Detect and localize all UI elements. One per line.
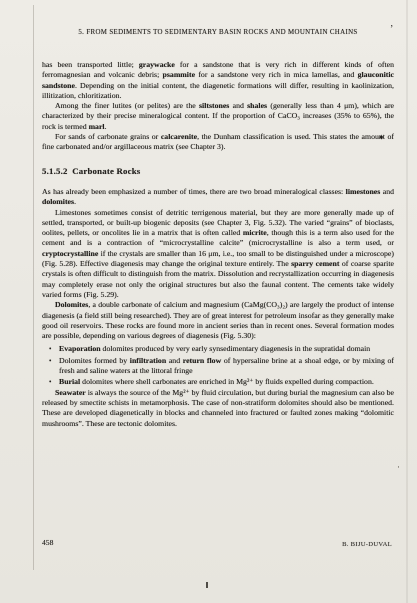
- paragraph: has been transported little; graywacke f…: [42, 60, 394, 101]
- paragraph: As has already been emphasized a number …: [42, 187, 394, 208]
- paragraph: Limestones sometimes consist of detritic…: [42, 208, 394, 301]
- bullet-item: •Burial dolomites where shell carbonates…: [42, 377, 394, 387]
- bullet-marker-icon: •: [49, 344, 51, 354]
- text-run: Dolomites formed by: [59, 356, 130, 365]
- scan-artifact-bottom-tick: [206, 582, 208, 588]
- bold-term: calcarenite: [161, 132, 197, 141]
- text-run: , a double carbonate of calcium and magn…: [42, 300, 394, 340]
- bullet-marker-icon: •: [49, 377, 51, 387]
- bold-term: infiltration: [130, 356, 166, 365]
- bullet-marker-icon: •: [49, 356, 51, 366]
- text-run: and: [229, 101, 247, 110]
- text-run: .: [74, 197, 76, 206]
- bold-term: sparry cement: [291, 259, 339, 268]
- bold-term: dolomites: [42, 197, 74, 206]
- text-run: is always the source of the Mg²⁺ by flui…: [42, 388, 394, 428]
- text-run: Among the finer lutites (or pelites) are…: [55, 101, 199, 110]
- bold-term: Dolomites: [55, 300, 88, 309]
- text-run: for a sandstone very rich in mica lamell…: [195, 70, 358, 79]
- scan-artifact-mid-mark: ·: [397, 462, 400, 472]
- paragraph: For sands of carbonate grains or calcare…: [42, 132, 394, 153]
- paragraph: Seawater is always the source of the Mg²…: [42, 388, 394, 429]
- scanned-book-page: 5. FROM SEDIMENTS TO SEDIMENTARY BASIN R…: [0, 0, 417, 603]
- paragraph: Among the finer lutites (or pelites) are…: [42, 101, 394, 132]
- text-run: As has already been emphasized a number …: [42, 187, 346, 196]
- bold-term: cryptocrystalline: [42, 249, 98, 258]
- text-run: .: [105, 122, 107, 131]
- text-run: dolomites where shell carbonates are enr…: [80, 377, 374, 386]
- bold-term: shales: [247, 101, 267, 110]
- bold-term: Burial: [59, 377, 80, 386]
- section-heading: 5.1.5.2 Carbonate Rocks: [42, 166, 394, 176]
- bold-term: Seawater: [55, 388, 86, 397]
- bullet-item: •Evaporation dolomites produced by very …: [42, 344, 394, 354]
- scan-edge-line: [33, 5, 34, 570]
- bold-term: psammite: [163, 70, 195, 79]
- body-text: has been transported little; graywacke f…: [42, 60, 394, 429]
- bold-term: limestones: [346, 187, 381, 196]
- bullet-item: •Dolomites formed by infiltration and re…: [42, 356, 394, 377]
- bold-term: graywacke: [139, 60, 175, 69]
- scan-artifact-corner: ’: [390, 24, 393, 35]
- running-header: 5. FROM SEDIMENTS TO SEDIMENTARY BASIN R…: [42, 29, 394, 36]
- bold-term: marl: [89, 122, 105, 131]
- text-run: and: [166, 356, 183, 365]
- text-run: For sands of carbonate grains or: [55, 132, 161, 141]
- scan-edge-shadow: [406, 0, 408, 603]
- bold-term: siltstones: [199, 101, 229, 110]
- paragraph: Dolomites, a double carbonate of calcium…: [42, 300, 394, 341]
- page-number: 458: [42, 538, 53, 547]
- bold-term: return flow: [183, 356, 221, 365]
- bold-term: micrite: [243, 228, 267, 237]
- footer-author: B. BIJU-DUVAL: [342, 541, 392, 548]
- text-run: . Depending on the initial content, the …: [42, 81, 394, 100]
- bold-term: Evaporation: [59, 344, 101, 353]
- text-run: and: [380, 187, 394, 196]
- text-run: has been transported little;: [42, 60, 139, 69]
- text-run: dolomites produced by very early synsedi…: [101, 344, 371, 353]
